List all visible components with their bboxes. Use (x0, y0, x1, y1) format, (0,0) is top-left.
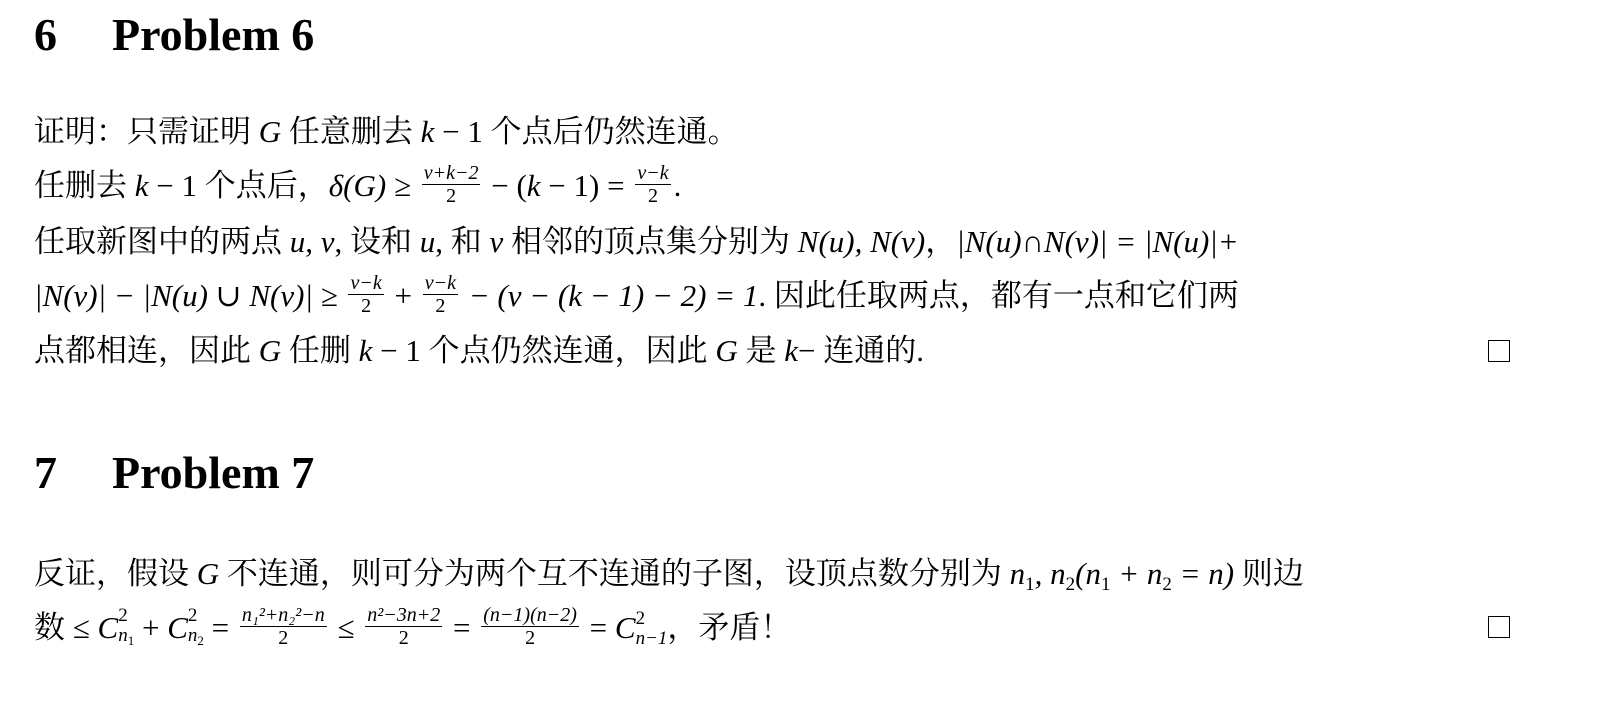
math-var: k (527, 168, 541, 203)
math-var: C (98, 610, 119, 645)
qed-square-icon (1488, 616, 1510, 638)
subscript-var: n (188, 625, 198, 646)
denominator: 2 (348, 295, 383, 317)
subscript: 1 (1025, 574, 1035, 595)
proof-line-1: 反证，假设 G 不连通，则可分为两个互不连通的子图，设顶点数分别为 n1, n2… (34, 554, 1304, 605)
math-var: n (1010, 556, 1026, 591)
math-var: C (167, 610, 188, 645)
numerator: v+k−2 (422, 162, 481, 185)
numerator: (n−1)(n−2) (481, 604, 579, 627)
text: = (453, 610, 470, 645)
math-var: k (135, 168, 149, 203)
numerator: v−k (348, 272, 383, 295)
subscript-index: 2 (197, 633, 204, 648)
math-expr: − (v − (k − 1) − 2) = 1 (469, 278, 759, 313)
proof-line-2: 数 ≤ C2n1 + C2n2 = n₁²+n₂²−n2 ≤ n²−3n+22 … (34, 608, 791, 653)
text: − 1) = (541, 168, 625, 203)
denominator: 2 (481, 627, 579, 649)
text: + (394, 278, 411, 313)
text: − 1 个点后， (149, 168, 329, 203)
math-expr: = n) (1172, 556, 1234, 591)
math-var: k (784, 333, 798, 368)
math-var: C (615, 610, 636, 645)
text: . (674, 168, 682, 203)
text: 不连通，则可分为两个互不连通的子图，设顶点数分别为 (219, 556, 1010, 591)
section-number: 7 (34, 446, 112, 499)
subscript-index: 1 (128, 633, 135, 648)
denominator: 2 (635, 185, 670, 207)
math-var: k (359, 333, 373, 368)
proof-line-4: |N(v)| − |N(u) ∪ N(v)| ≥ v−k2 + v−k2 − (… (34, 276, 1239, 321)
subscript: 2 (1162, 574, 1172, 595)
fraction: v+k−22 (422, 162, 481, 207)
text: = (204, 610, 229, 645)
denominator: 2 (240, 627, 327, 649)
binomial-index: 2n2 (188, 606, 204, 651)
math-expr: |N(u)∩N(v)| = |N(u)|+ (956, 224, 1239, 259)
math-var: , n (1035, 556, 1066, 591)
math-var: G (197, 556, 219, 591)
text: , 设和 (335, 224, 420, 259)
math-var: v (490, 224, 504, 259)
text: , 和 (435, 224, 489, 259)
proof-line-1: 证明：只需证明 G 任意删去 k − 1 个点后仍然连通。 (34, 112, 739, 152)
subscript: n−1 (636, 629, 668, 649)
numerator: v−k (423, 272, 458, 295)
math-var: u, v (290, 224, 335, 259)
math-var: u (420, 224, 436, 259)
section-title: Problem 7 (112, 447, 314, 498)
text: − 1 个点后仍然连通。 (434, 114, 738, 149)
math-expr: + n (1110, 556, 1162, 591)
text: 任取新图中的两点 (34, 224, 290, 259)
math-var: k (421, 114, 435, 149)
fraction: n₁²+n₂²−n2 (240, 604, 327, 649)
superscript: 2 (636, 609, 668, 629)
subscript: 2 (1066, 574, 1076, 595)
text: 是 (738, 333, 785, 368)
math-var: G (259, 114, 281, 149)
denominator: 2 (423, 295, 458, 317)
section-number: 6 (34, 8, 112, 61)
text: 则边 (1234, 556, 1304, 591)
superscript: 2 (118, 606, 134, 626)
text: − 连通的. (798, 333, 924, 368)
fraction: n²−3n+22 (365, 604, 442, 649)
binomial-index: 2n1 (118, 606, 134, 651)
numerator: n²−3n+2 (365, 604, 442, 627)
fraction: (n−1)(n−2)2 (481, 604, 579, 649)
binomial-index: 2n−1 (636, 609, 668, 649)
text: 点都相连，因此 (34, 333, 259, 368)
section-title: Problem 6 (112, 9, 314, 60)
math-expr: (n (1075, 556, 1101, 591)
math-expr: |N(v)| − |N(u) ∪ N(v)| ≥ (34, 278, 338, 313)
fraction: v−k2 (423, 272, 458, 317)
superscript: 2 (188, 606, 204, 626)
text: ，矛盾！ (667, 610, 791, 645)
numerator: v−k (635, 162, 670, 185)
text: − 1 个点仍然连通，因此 (372, 333, 715, 368)
text: ， (925, 224, 956, 259)
math-expr: δ(G) ≥ (329, 168, 411, 203)
text: 任删去 (34, 168, 135, 203)
math-expr: N(u), N(v) (798, 224, 925, 259)
denominator: 2 (422, 185, 481, 207)
text: − ( (491, 168, 527, 203)
text: 任删 (281, 333, 359, 368)
fraction: v−k2 (348, 272, 383, 317)
text: = (590, 610, 615, 645)
proof-line-2: 任删去 k − 1 个点后，δ(G) ≥ v+k−22 − (k − 1) = … (34, 166, 681, 211)
text: 证明：只需证明 (34, 114, 259, 149)
fraction: v−k2 (635, 162, 670, 207)
text: 相邻的顶点集分别为 (503, 224, 798, 259)
text: 任意删去 (281, 114, 421, 149)
denominator: 2 (365, 627, 442, 649)
proof-line-5: 点都相连，因此 G 任删 k − 1 个点仍然连通，因此 G 是 k− 连通的. (34, 331, 924, 371)
text: 反证，假设 (34, 556, 197, 591)
text: ≤ (338, 610, 355, 645)
proof-line-3: 任取新图中的两点 u, v, 设和 u, 和 v 相邻的顶点集分别为 N(u),… (34, 222, 1239, 262)
text: . 因此任取两点，都有一点和它们两 (758, 278, 1239, 313)
subscript: n2 (188, 626, 204, 651)
subscript-var: n (118, 625, 128, 646)
text: + (134, 610, 167, 645)
section-heading-7: 7Problem 7 (34, 446, 314, 499)
math-var: G (259, 333, 281, 368)
math-var: G (715, 333, 737, 368)
numerator: n₁²+n₂²−n (240, 604, 327, 627)
text: 数 ≤ (34, 610, 98, 645)
subscript: n1 (118, 626, 134, 651)
qed-square-icon (1488, 340, 1510, 362)
section-heading-6: 6Problem 6 (34, 8, 314, 61)
